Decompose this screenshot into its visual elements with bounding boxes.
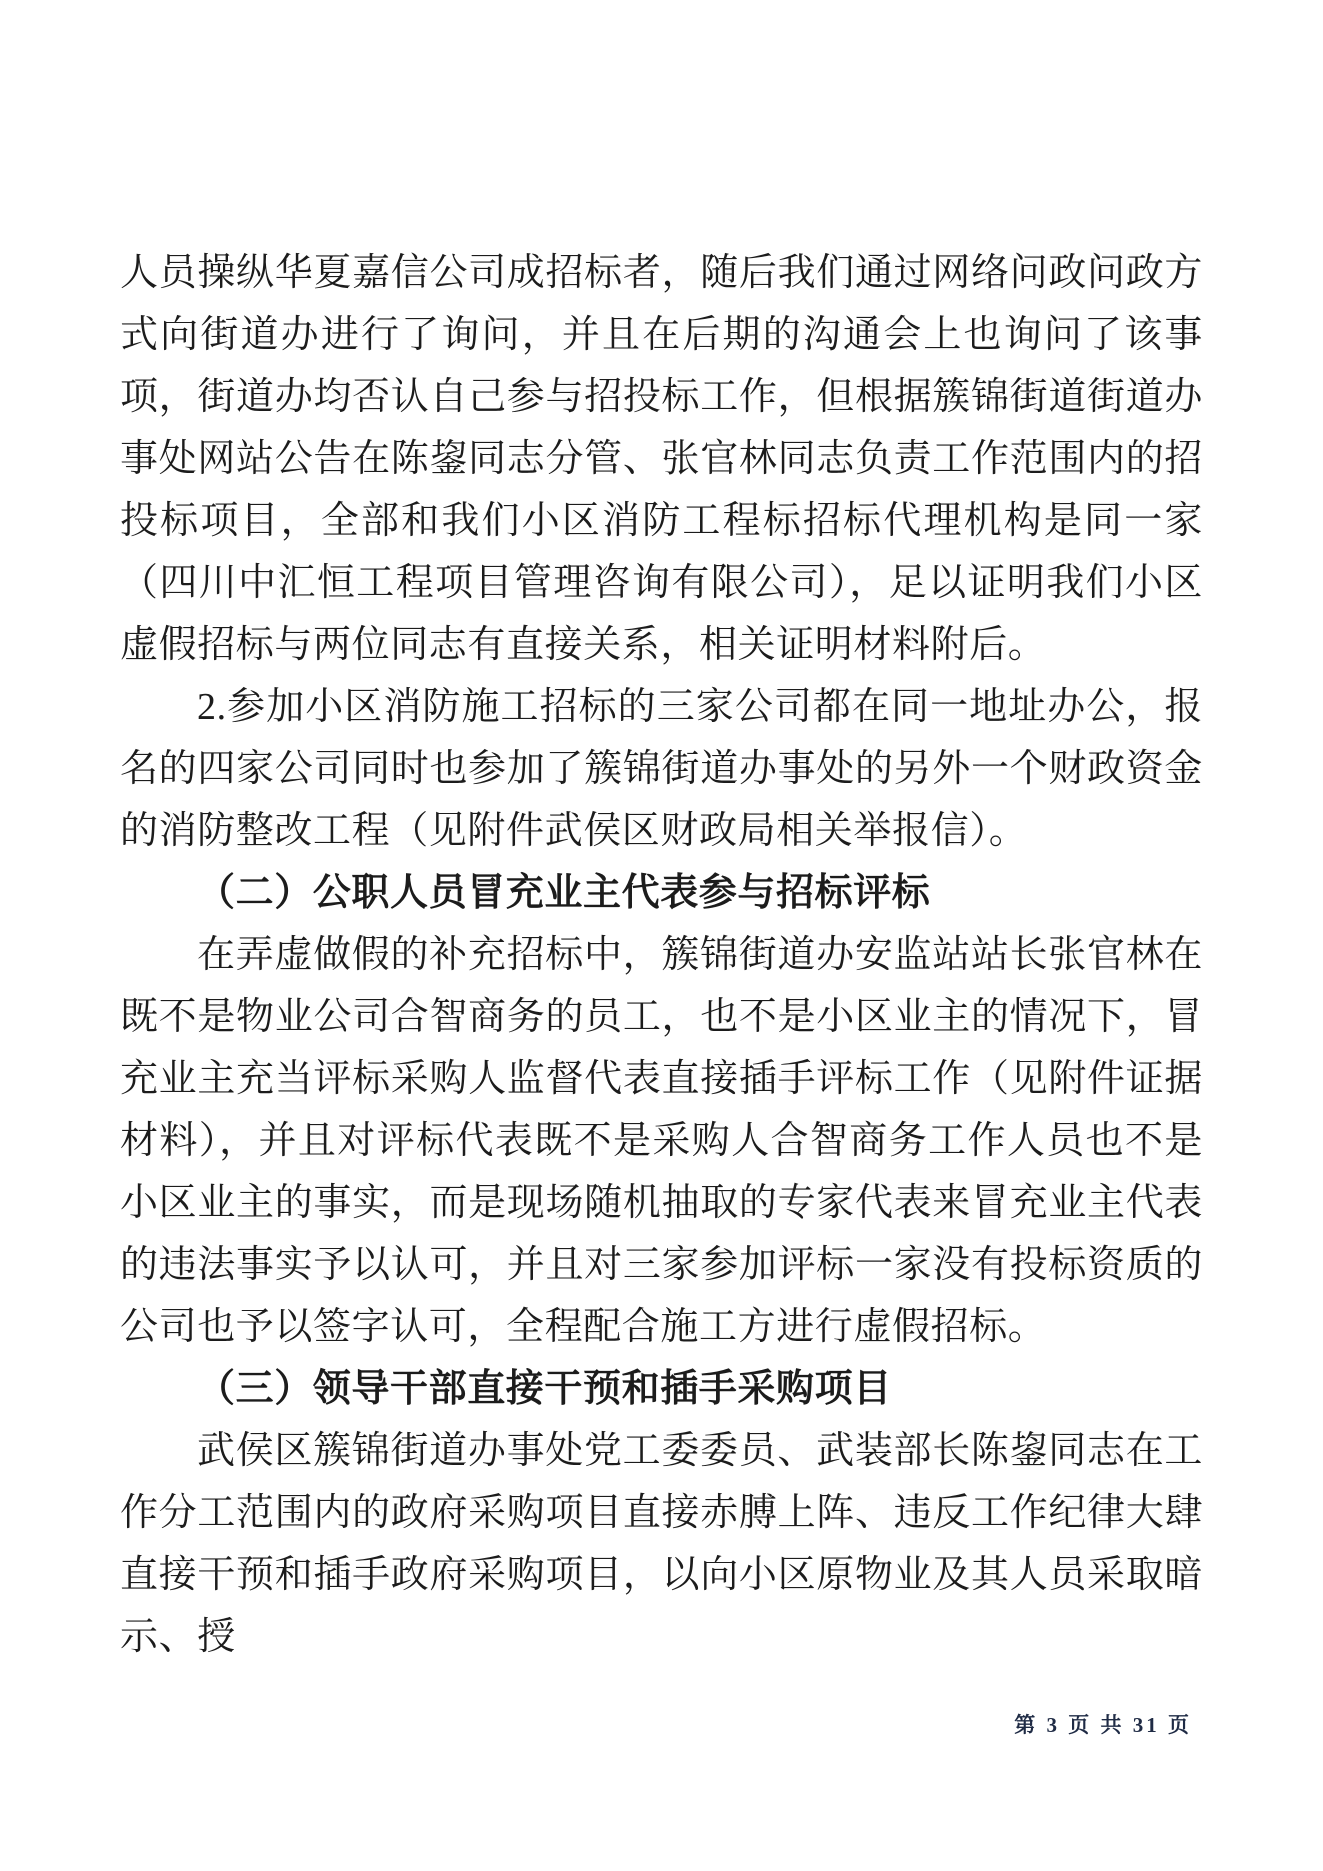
body-paragraph-section-2: 在弄虚做假的补充招标中，簇锦街道办安监站站长张官林在既不是物业公司合智商务的员工… [120, 924, 1203, 1358]
section-heading-2: （二）公职人员冒充业主代表参与招标评标 [120, 862, 1203, 924]
page-number-footer: 第 3 页 共 31 页 [1014, 1710, 1192, 1740]
body-paragraph-continued: 人员操纵华夏嘉信公司成招标者，随后我们通过网络问政问政方式向街道办进行了询问，并… [120, 242, 1203, 676]
document-page: 人员操纵华夏嘉信公司成招标者，随后我们通过网络问政问政方式向街道办进行了询问，并… [0, 0, 1323, 1871]
body-paragraph-section-3: 武侯区簇锦街道办事处党工委委员、武装部长陈鋆同志在工作分工范围内的政府采购项目直… [120, 1420, 1203, 1668]
page-body-text: 人员操纵华夏嘉信公司成招标者，随后我们通过网络问政问政方式向街道办进行了询问，并… [120, 242, 1203, 1668]
body-paragraph-item-2: 2.参加小区消防施工招标的三家公司都在同一地址办公，报名的四家公司同时也参加了簇… [120, 676, 1203, 862]
section-heading-3: （三）领导干部直接干预和插手采购项目 [120, 1358, 1203, 1420]
